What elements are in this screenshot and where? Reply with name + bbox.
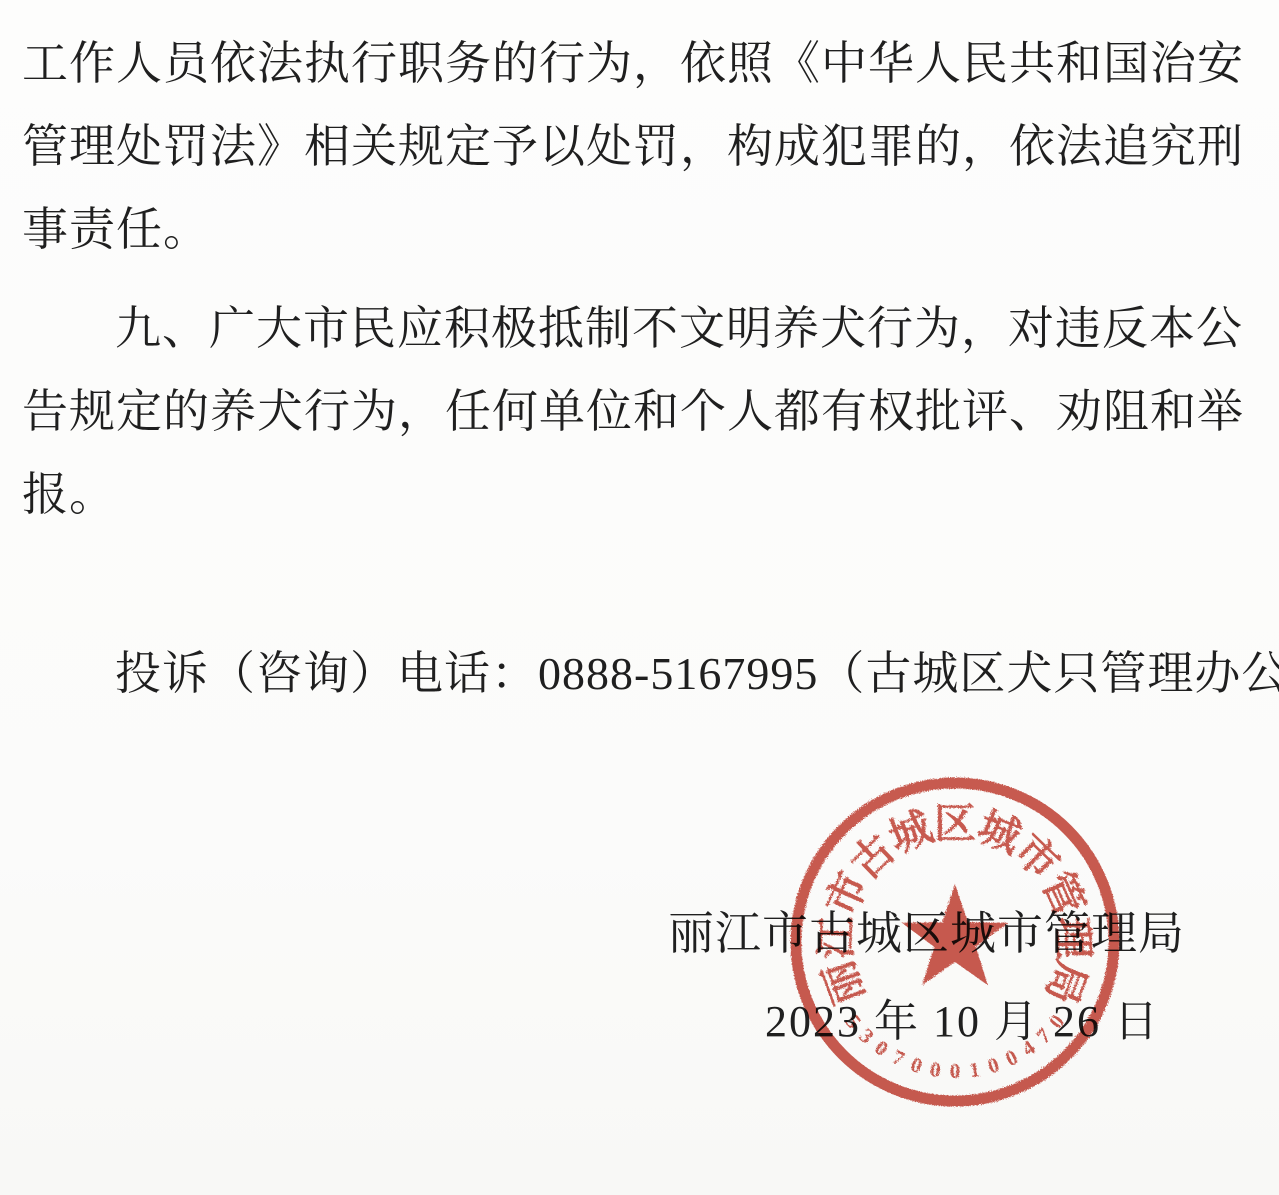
seal-ring-char: 城 bbox=[971, 804, 1027, 862]
text-line: 告规定的养犬行为，任何单位和个人都有权批评、劝阻和举 bbox=[22, 370, 1251, 453]
seal-serial-digit: 0 bbox=[928, 1057, 942, 1082]
seal-ring-char: 区 bbox=[934, 802, 976, 848]
text-line: 报。 bbox=[22, 453, 1251, 536]
seal-serial-digit: 0 bbox=[950, 1059, 961, 1083]
seal-ring-char: 城 bbox=[883, 804, 939, 862]
text-line: 事责任。 bbox=[22, 188, 1251, 271]
signature-agency: 丽江市古城区城市管理局 bbox=[668, 906, 1185, 961]
text-line: 管理处罚法》相关规定予以处罚，构成犯罪的，依法追究刑 bbox=[22, 105, 1251, 188]
paragraph: 工作人员依法执行职务的行为，依照《中华人民共和国治安 管理处罚法》相关规定予以处… bbox=[22, 22, 1251, 271]
text-line: 工作人员依法执行职务的行为，依照《中华人民共和国治安 bbox=[22, 22, 1251, 105]
seal-ring-char: 古 bbox=[842, 826, 905, 889]
text-line: 九、广大市民应积极抵制不文明养犬行为，对违反本公 bbox=[22, 287, 1251, 370]
seal-serial-digit: 0 bbox=[985, 1052, 1002, 1078]
seal-serial-digit: 1 bbox=[968, 1057, 982, 1082]
document-page: 工作人员依法执行职务的行为，依照《中华人民共和国治安 管理处罚法》相关规定予以处… bbox=[0, 0, 1279, 1195]
seal-ring-char: 市 bbox=[1005, 826, 1068, 889]
signature-date: 2023 年 10 月 26 日 bbox=[765, 996, 1160, 1049]
body-text: 工作人员依法执行职务的行为，依照《中华人民共和国治安 管理处罚法》相关规定予以处… bbox=[22, 22, 1251, 715]
contact-line: 投诉（咨询）电话：0888-5167995（古城区犬只管理办公室） bbox=[22, 632, 1251, 715]
paragraph: 九、广大市民应积极抵制不文明养犬行为，对违反本公 告规定的养犬行为，任何单位和个… bbox=[22, 287, 1251, 536]
seal-serial-digit: 0 bbox=[908, 1052, 925, 1078]
